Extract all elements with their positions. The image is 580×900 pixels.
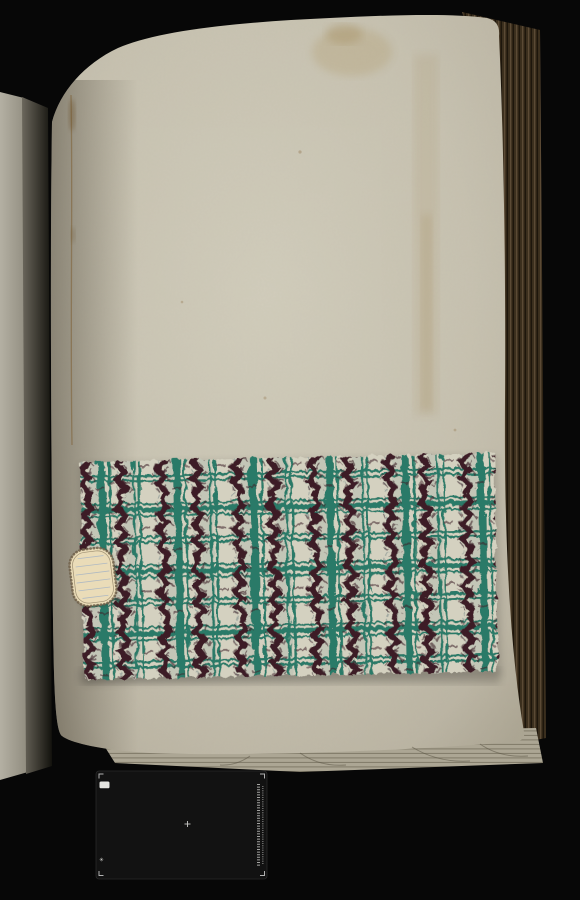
classic-badge <box>100 782 110 789</box>
ikat-fabric <box>78 452 497 679</box>
scene-svg: ✳ <box>0 0 580 900</box>
textile-swatch <box>78 452 502 685</box>
colorchecker-body <box>96 771 267 879</box>
photograph-stage: ✳ <box>0 0 580 900</box>
gutter-shadow <box>22 97 52 774</box>
xrite-logo-mark: ✳ <box>99 857 104 864</box>
xrite-logo: ✳ <box>99 857 104 864</box>
colorchecker-card: ✳ <box>96 771 267 879</box>
